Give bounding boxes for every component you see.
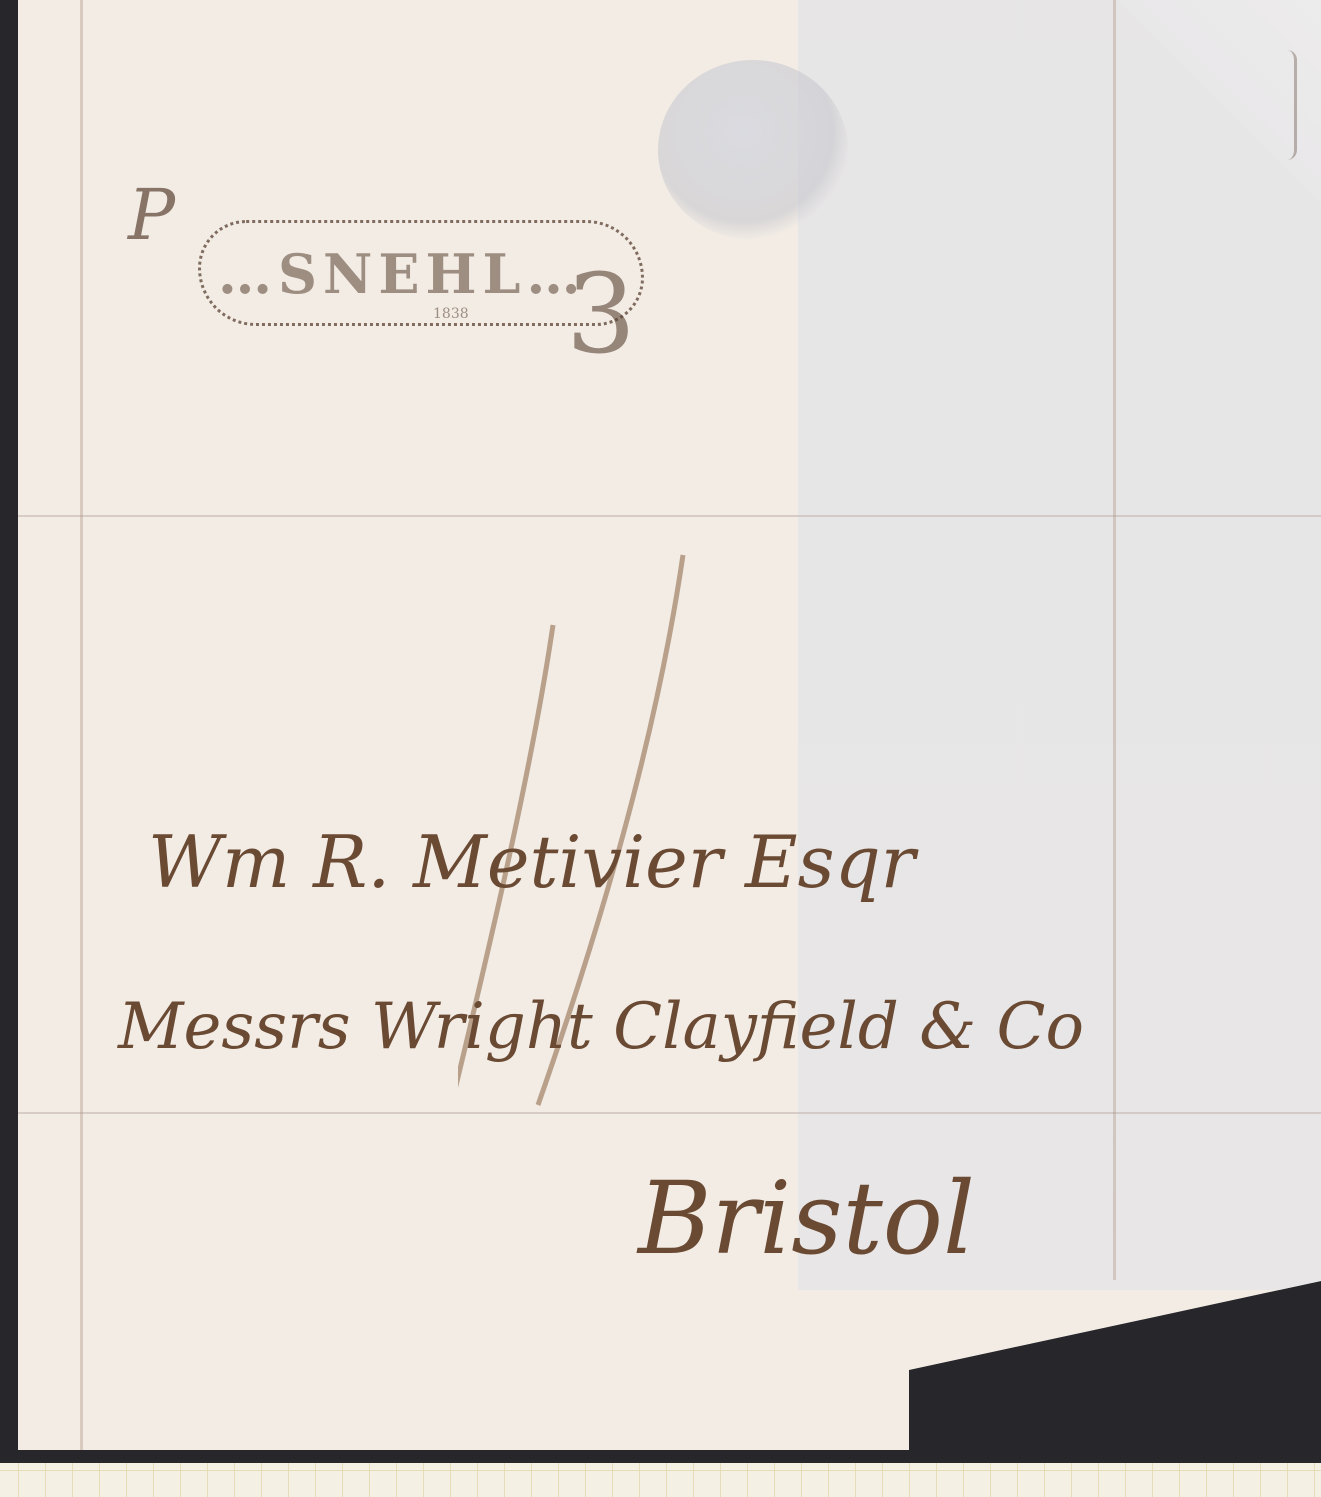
fold-shadow — [798, 0, 1321, 1290]
town-handstamp: P …SNEHL… 1838 3 — [128, 180, 668, 380]
pencil-mark — [1280, 50, 1297, 160]
wax-seal-impression — [658, 60, 848, 240]
address-line-2: Messrs Wright Clayfield & Co — [118, 990, 1084, 1064]
graph-paper-album-page — [0, 1463, 1321, 1497]
address-line-3: Bristol — [638, 1160, 975, 1277]
fold-line-right — [1113, 0, 1116, 1280]
fold-line-left — [80, 0, 83, 1450]
letter-sheet: P …SNEHL… 1838 3 Wm R. Metivier Esqr Mes… — [18, 0, 1321, 1450]
handstamp-year: 1838 — [433, 306, 469, 322]
address-line-1: Wm R. Metivier Esqr — [148, 820, 915, 904]
handstamp-town: …SNEHL… — [218, 242, 587, 306]
handstamp-numeral: 3 — [566, 250, 636, 378]
fold-line-middle — [18, 515, 1321, 517]
handstamp-prefix: P — [128, 174, 175, 256]
